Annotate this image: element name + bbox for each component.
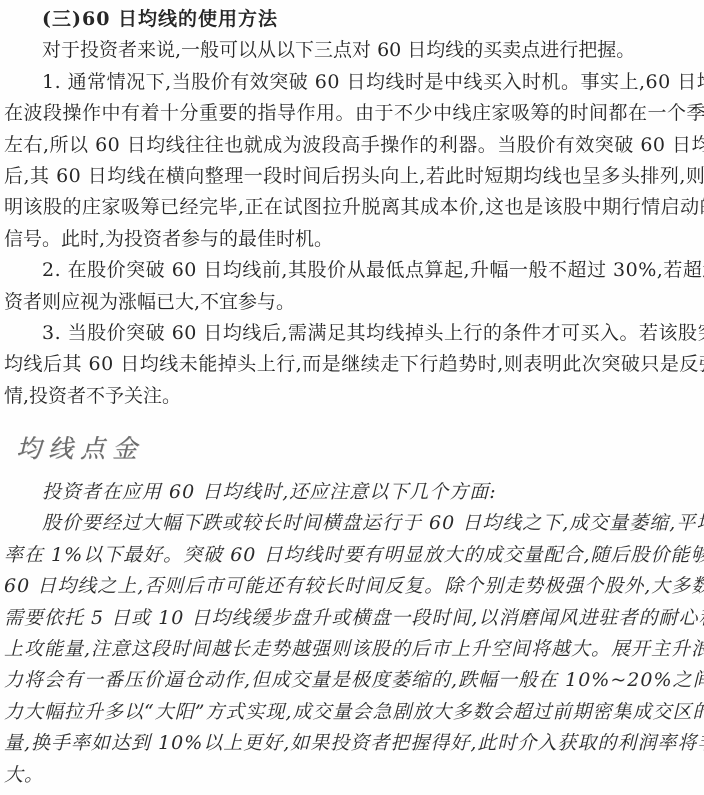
- text-line: 上攻能量,注意这段时间越长走势越强则该股的后市上升空间将越大。展开主升浪前主: [4, 634, 700, 665]
- text-line-intro: 对于投资者来说,一般可以从以下三点对 60 日均线的买卖点进行把握。: [4, 35, 700, 66]
- text-line: 在波段操作中有着十分重要的指导作用。由于不少中线庄家吸筹的时间都在一个季度: [4, 98, 700, 129]
- text-line: 力将会有一番压价逼仓动作,但成交量是极度萎缩的,跌幅一般在 10%~20%之间。…: [4, 665, 700, 696]
- section-title: (三)60 日均线的使用方法: [4, 4, 700, 35]
- text-line: 力大幅拉升多以“大阳”方式实现,成交量会急剧放大多数会超过前期密集成交区的天: [4, 697, 700, 728]
- section-tips: 投资者在应用 60 日均线时,还应注意以下几个方面: 股价要经过大幅下跌或较长时…: [4, 477, 700, 791]
- text-line-tips-end: 大。: [4, 760, 700, 791]
- text-line: 后,其 60 日均线在横向整理一段时间后拐头向上,若此时短期均线也呈多头排列,则…: [4, 161, 700, 192]
- section-usage-method: (三)60 日均线的使用方法 对于投资者来说,一般可以从以下三点对 60 日均线…: [4, 4, 700, 412]
- text-line: 需要依托 5 日或 10 日均线缓步盘升或横盘一段时间,以消磨闻风进驻者的耐心和…: [4, 603, 700, 634]
- text-line-point2-start: 2. 在股价突破 60 日均线前,其股价从最低点算起,升幅一般不超过 30%,若…: [4, 255, 700, 286]
- column-heading-junxian-dianjin: 均线点金: [16, 429, 700, 475]
- text-line: 均线后其 60 日均线未能掉头上行,而是继续走下行趋势时,则表明此次突破只是反弹…: [4, 349, 700, 380]
- text-line: 率在 1%以下最好。突破 60 日均线时要有明显放大的成交量配合,随后股价能够站…: [4, 540, 700, 571]
- text-line: 量,换手率如达到 10%以上更好,如果投资者把握得好,此时介入获取的利润率将非常…: [4, 728, 700, 759]
- text-line-point3-start: 3. 当股价突破 60 日均线后,需满足其均线掉头上行的条件才可买入。若该股突破: [4, 318, 700, 349]
- text-line-tips-intro: 投资者在应用 60 日均线时,还应注意以下几个方面:: [4, 477, 700, 508]
- text-line-point1-start: 1. 通常情况下,当股价有效突破 60 日均线时是中线买入时机。事实上,60 日…: [4, 67, 700, 98]
- book-page: (三)60 日均线的使用方法 对于投资者来说,一般可以从以下三点对 60 日均线…: [0, 0, 704, 795]
- text-line: 股价要经过大幅下跌或较长时间横盘运行于 60 日均线之下,成交量萎缩,平均换手: [4, 508, 700, 539]
- text-line-point3-end: 情,投资者不予关注。: [4, 381, 700, 412]
- text-line: 60 日均线之上,否则后市可能还有较长时间反复。除个别走势极强个股外,大多数股票: [4, 571, 700, 602]
- text-line-point1-end: 信号。此时,为投资者参与的最佳时机。: [4, 224, 700, 255]
- text-line: 明该股的庄家吸筹已经完毕,正在试图拉升脱离其成本价,这也是该股中期行情启动的: [4, 192, 700, 223]
- text-line-point2-end: 资者则应视为涨幅已大,不宜参与。: [4, 287, 700, 318]
- text-line: 左右,所以 60 日均线往往也就成为波段高手操作的利器。当股价有效突破 60 日…: [4, 130, 700, 161]
